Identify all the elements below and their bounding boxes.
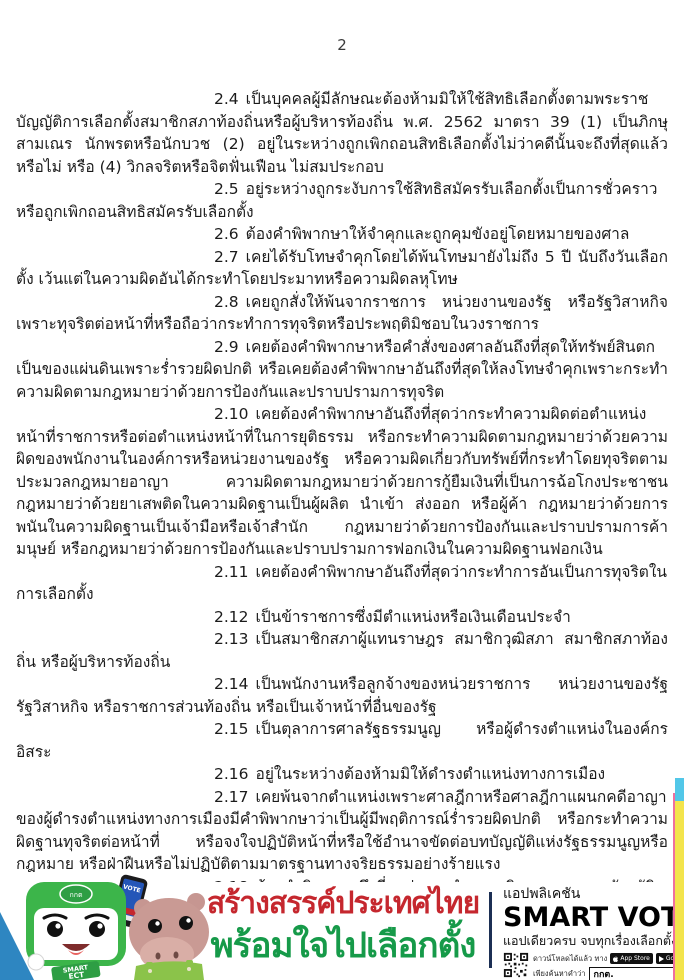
ect-robot-mascot: กกต SMART ECT: [26, 882, 126, 980]
qr-code-icon: [503, 952, 529, 978]
document-paragraph: 2.9เคยต้องคำพิพากษาหรือคำสั่งของศาลอันถึ…: [16, 336, 668, 404]
app-store-label: App Store: [620, 955, 650, 962]
item-text: อยู่ระหว่างถูกระงับการใช้สิทธิสมัครรับเล…: [16, 180, 658, 221]
item-text: เคยต้องคำพิพากษาอันถึงที่สุดว่ากระทำความ…: [16, 405, 668, 558]
item-text: เป็นสมาชิกสภาผู้แทนราษฎร สมาชิกวุฒิสภา ส…: [16, 630, 668, 671]
document-paragraph: 2.4เป็นบุคคลผู้มีลักษณะต้องห้ามมิให้ใช้ส…: [16, 88, 668, 178]
item-text: เป็นข้าราชการซึ่งมีตำแหน่งหรือเงินเดือนป…: [256, 608, 571, 626]
smart-vote-banner: VOTE กกต: [0, 882, 684, 980]
document-paragraph: 2.5อยู่ระหว่างถูกระงับการใช้สิทธิสมัครรั…: [16, 178, 668, 223]
document-page: 2 2.4เป็นบุคคลผู้มีลักษณะต้องห้ามมิให้ใช…: [0, 0, 684, 980]
page-number: 2: [0, 36, 684, 54]
item-text: เคยต้องคำพิพากษาหรือคำสั่งของศาลอันถึงที…: [16, 338, 668, 401]
campaign-headline: สร้างสรรค์ประเทศไทย พร้อมใจไปเลือกตั้ง: [200, 884, 486, 972]
app-label: แอปพลิเคชัน: [503, 886, 673, 903]
item-number: 2.10: [214, 405, 249, 423]
item-number: 2.6: [214, 225, 239, 243]
item-number: 2.9: [214, 338, 239, 356]
headline-line1: สร้างสรรค์ประเทศไทย: [200, 884, 486, 924]
item-number: 2.7: [214, 248, 239, 266]
document-paragraph: 2.16อยู่ในระหว่างต้องห้ามมิให้ดำรงตำแหน่…: [16, 763, 668, 786]
item-number: 2.15: [214, 720, 249, 738]
vertical-divider: [489, 892, 492, 968]
item-number: 2.14: [214, 675, 249, 693]
app-tagline: แอปเดียวครบ จบทุกเรื่องเลือกตั้ง: [503, 932, 673, 949]
document-paragraph: 2.17เคยพ้นจากตำแหน่งเพราะศาลฎีกาหรือศาลฎ…: [16, 786, 668, 876]
google-play-icon: [659, 956, 664, 962]
headline-line2: พร้อมใจไปเลือกตั้ง: [200, 924, 486, 968]
document-paragraph: 2.10เคยต้องคำพิพากษาอันถึงที่สุดว่ากระทำ…: [16, 403, 668, 561]
item-text: เคยได้รับโทษจำคุกโดยได้พ้นโทษมายังไม่ถึง…: [16, 248, 668, 289]
item-number: 2.16: [214, 765, 249, 783]
item-text: เป็นตุลาการศาลรัฐธรรมนูญ หรือผู้ดำรงตำแห…: [16, 720, 668, 761]
item-text: เคยพ้นจากตำแหน่งเพราะศาลฎีกาหรือศาลฎีกาแ…: [16, 788, 668, 874]
edge-stripe-cyan: [675, 778, 684, 801]
item-number: 2.5: [214, 180, 239, 198]
item-number: 2.13: [214, 630, 249, 648]
document-paragraph: 2.12เป็นข้าราชการซึ่งมีตำแหน่งหรือเงินเด…: [16, 606, 668, 629]
document-paragraph: 2.14เป็นพนักงานหรือลูกจ้างของหน่วยราชการ…: [16, 673, 668, 718]
document-paragraph: 2.15เป็นตุลาการศาลรัฐธรรมนูญ หรือผู้ดำรง…: [16, 718, 668, 763]
item-number: 2.17: [214, 788, 249, 806]
search-box: กกต.: [589, 967, 684, 980]
svg-text:ECT: ECT: [68, 970, 86, 980]
mascots-illustration: VOTE กกต: [0, 874, 218, 980]
apple-icon: [613, 956, 618, 962]
document-paragraph: 2.11เคยต้องคำพิพากษาอันถึงที่สุดว่ากระทำ…: [16, 561, 668, 606]
edge-stripe-yellow: [675, 800, 684, 980]
item-text: ต้องคำพิพากษาให้จำคุกและถูกคุมขังอยู่โดย…: [246, 225, 630, 243]
document-paragraph: 2.13เป็นสมาชิกสภาผู้แทนราษฎร สมาชิกวุฒิส…: [16, 628, 668, 673]
document-paragraph: 2.8เคยถูกสั่งให้พ้นจากราชการ หน่วยงานของ…: [16, 291, 668, 336]
item-number: 2.11: [214, 563, 249, 581]
item-number: 2.12: [214, 608, 249, 626]
document-body: 2.4เป็นบุคคลผู้มีลักษณะต้องห้ามมิให้ใช้ส…: [16, 88, 668, 943]
svg-text:กกต: กกต: [69, 891, 82, 899]
item-text: เคยถูกสั่งให้พ้นจากราชการ หน่วยงานของรัฐ…: [16, 293, 668, 334]
item-text: เป็นบุคคลผู้มีลักษณะต้องห้ามมิให้ใช้สิทธ…: [16, 90, 668, 176]
app-name: SMART VOTE: [503, 903, 673, 932]
item-text: เป็นพนักงานหรือลูกจ้างของหน่วยราชการ หน่…: [16, 675, 668, 716]
hippo-mascot: [129, 893, 209, 980]
item-text: อยู่ในระหว่างต้องห้ามมิให้ดำรงตำแหน่งทาง…: [256, 765, 606, 783]
item-text: เคยต้องคำพิพากษาอันถึงที่สุดว่ากระทำการอ…: [16, 563, 667, 604]
search-term: กกต.: [594, 967, 684, 980]
document-paragraph: 2.7เคยได้รับโทษจำคุกโดยได้พ้นโทษมายังไม่…: [16, 246, 668, 291]
app-info-section: แอปพลิเคชัน SMART VOTE แอปเดียวครบ จบทุก…: [503, 886, 673, 980]
search-prefix-text: เพียงค้นหาคำว่า: [533, 968, 586, 980]
item-number: 2.8: [214, 293, 239, 311]
document-paragraph: 2.6ต้องคำพิพากษาให้จำคุกและถูกคุมขังอยู่…: [16, 223, 668, 246]
download-text: ดาวน์โหลดได้แล้ว ทาง: [533, 953, 607, 965]
app-store-badge: App Store: [610, 953, 653, 964]
item-number: 2.4: [214, 90, 239, 108]
